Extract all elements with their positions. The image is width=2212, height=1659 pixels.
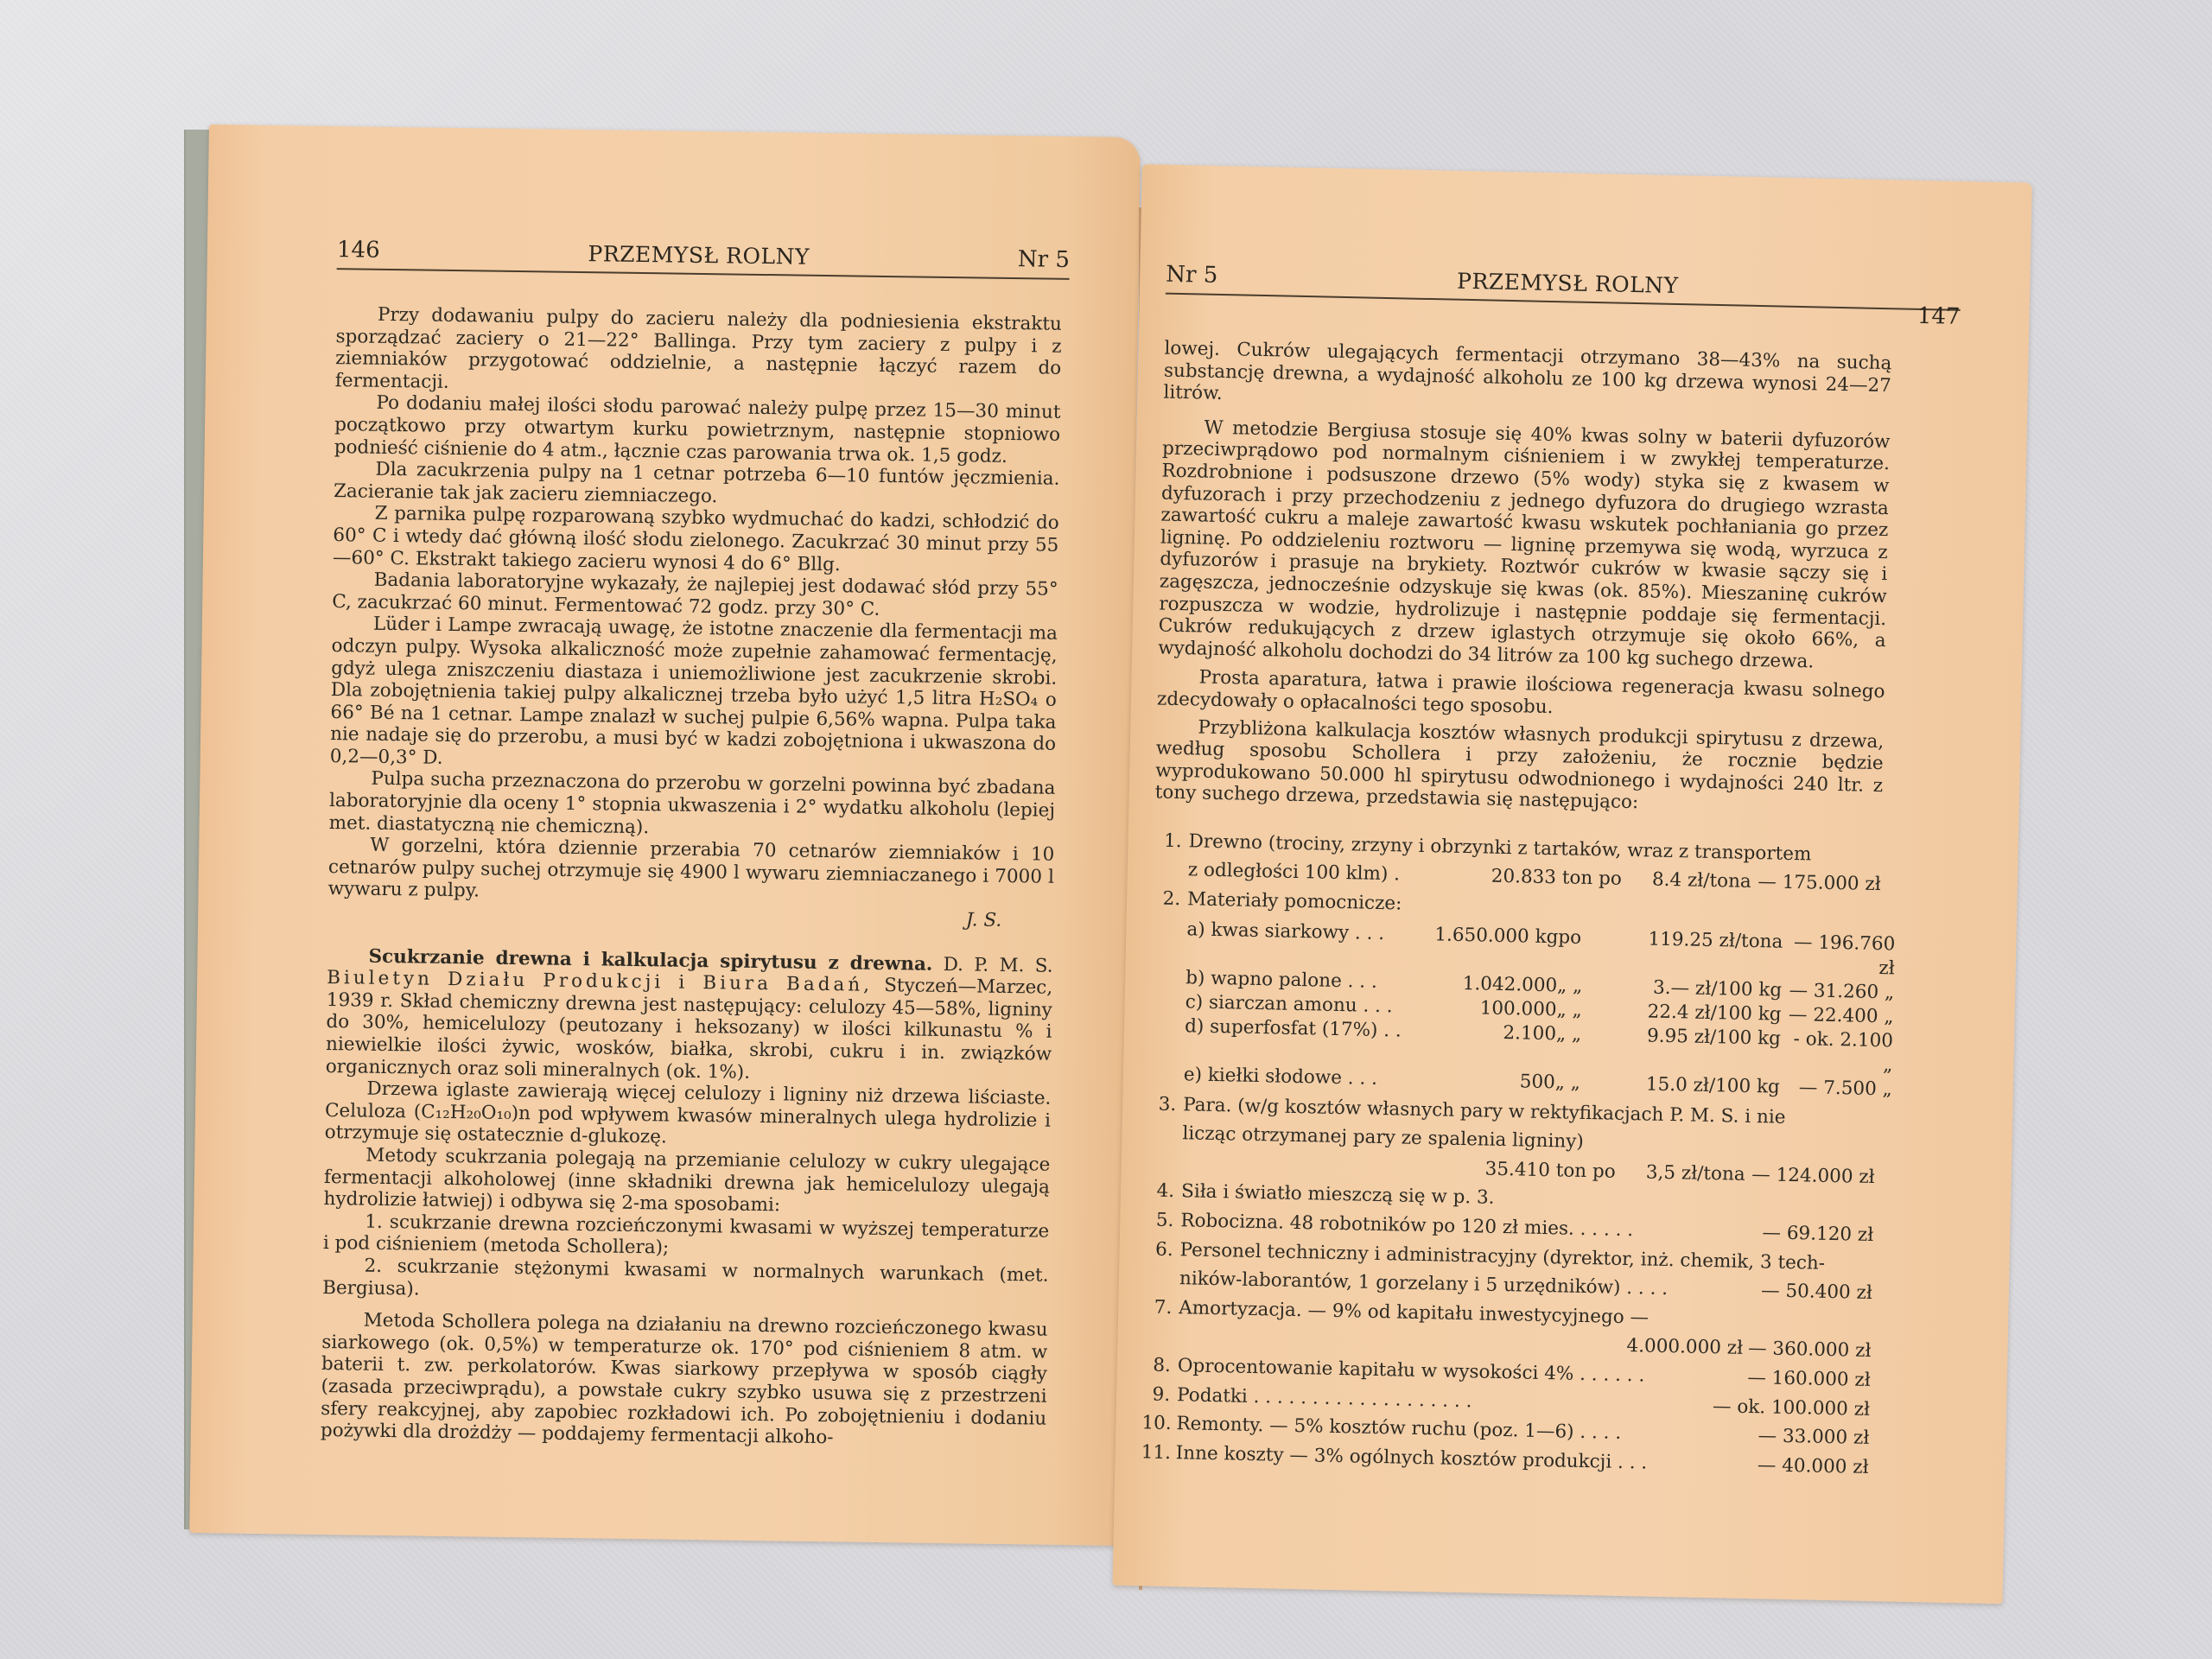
- paragraph: Lüder i Lampe zwracają uwagę, że istotne…: [330, 613, 1058, 778]
- paragraph: Pulpa sucha przeznaczona do przerobu w g…: [329, 767, 1056, 844]
- issue-number: Nr 5: [1166, 262, 1218, 289]
- paragraph: W metodzie Bergiusa stosuje się 40% kwas…: [1158, 416, 1891, 674]
- page-number: 146: [337, 237, 380, 264]
- running-title: PRZEMYSŁ ROLNY: [1457, 269, 1679, 298]
- running-title: PRZEMYSŁ ROLNY: [588, 241, 810, 270]
- paragraph: Po dodaniu małej ilości słodu parować na…: [334, 391, 1061, 468]
- page-number: 147: [1917, 303, 1961, 330]
- paragraph: Drzewa iglaste zawierają więcej celulozy…: [325, 1077, 1052, 1154]
- right-page: Nr 5 PRZEMYSŁ ROLNY 147 lowej. Cukrów ul…: [1113, 164, 2032, 1604]
- list-item: 2. scukrzanie stężonymi kwasami w normal…: [322, 1255, 1049, 1309]
- left-page-body: Przy dodawaniu pulpy do zacieru należy d…: [321, 303, 1062, 1452]
- issue-number: Nr 5: [1018, 246, 1070, 273]
- right-page-body: lowej. Cukrów ulegających fermentacji ot…: [1141, 338, 1891, 1486]
- paragraph: lowej. Cukrów ulegających fermentacji ot…: [1163, 338, 1891, 419]
- auxiliary-materials-table: a) kwas siarkowy . . . 1.650.000 kg po 1…: [1184, 918, 1880, 1102]
- article-source-prefix: D. P. M. S.: [943, 954, 1052, 977]
- left-page-header: 146 PRZEMYSŁ ROLNY Nr 5: [337, 237, 1070, 280]
- article-lead: Scukrzanie drewna i kalkulacja spirytusu…: [326, 945, 1053, 1088]
- paragraph: Przybliżona kalkulacja kosztów własnych …: [1154, 715, 1884, 819]
- paragraph: Przy dodawaniu pulpy do zacieru należy d…: [335, 303, 1062, 402]
- paragraph: Z parnika pulpę rozparowaną szybko wydmu…: [333, 502, 1059, 579]
- left-page: 146 PRZEMYSŁ ROLNY Nr 5 Przy dodawaniu p…: [189, 124, 1141, 1546]
- cost-calculation-list: 1. Drewno (trociny, zrzyny i obrzynki z …: [1141, 829, 1882, 1478]
- paragraph: Prosta aparatura, łatwa i prawie ilościo…: [1157, 666, 1885, 726]
- paragraph: Metoda Schollera polega na działaniu na …: [321, 1309, 1048, 1452]
- paragraph: W gorzelni, która dziennie przerabia 70 …: [327, 834, 1054, 911]
- paragraph: Metody scukrzania polegają na przemianie…: [323, 1144, 1050, 1221]
- right-page-header: Nr 5 PRZEMYSŁ ROLNY 147: [1166, 262, 1961, 311]
